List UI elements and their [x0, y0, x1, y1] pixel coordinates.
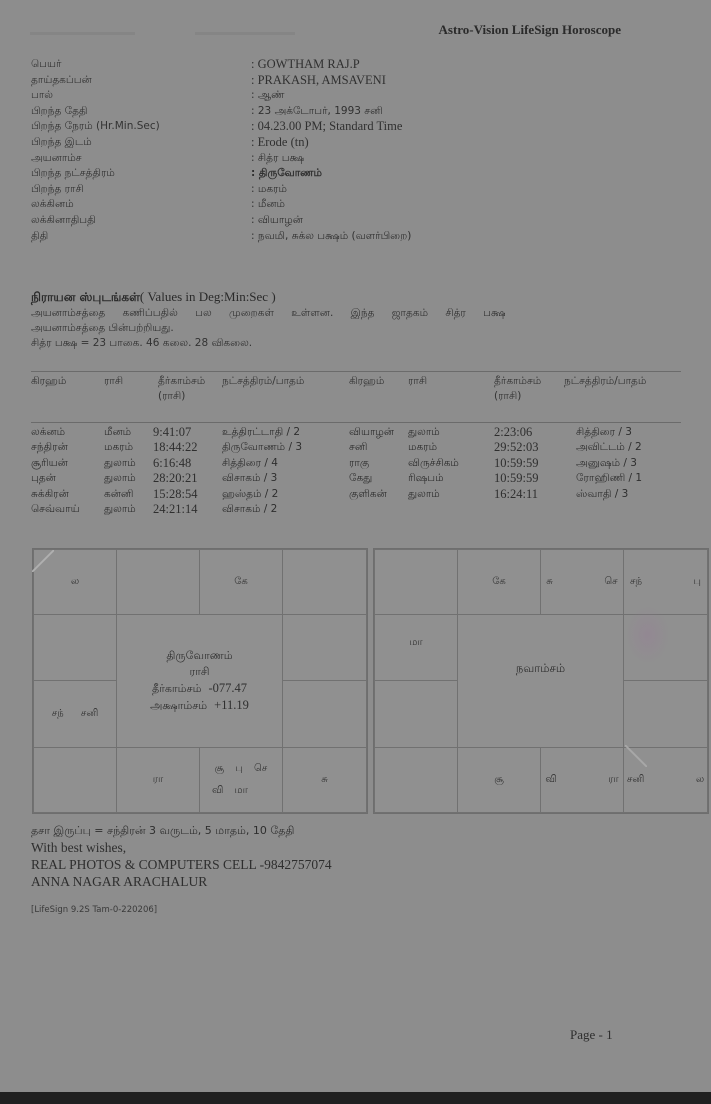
info-value: : 04.23.00 PM; Standard Time: [251, 119, 402, 135]
cell-star: உத்திரட்டாதி / 2: [222, 425, 300, 440]
info-value: : Erode (tn): [251, 135, 309, 151]
cell-deg: 18:44:22: [153, 440, 197, 455]
navamsa-house: [374, 747, 458, 813]
cell-rasi: மகரம்: [408, 440, 437, 455]
rasi-house: [33, 747, 117, 813]
cell-star: திருவோணம் / 3: [222, 440, 302, 455]
cell-rasi: விருச்சிகம்: [408, 456, 459, 471]
table-row: சந்திரன்சனிமகரம்மகரம்18:44:2229:52:03திர…: [31, 440, 691, 455]
center-title: நவாம்சம்: [516, 660, 565, 676]
info-value: : 23 அக்டோபர், 1993 சனி: [251, 104, 383, 120]
rasi-house: [282, 680, 367, 748]
info-row: பெயர்: GOWTHAM RAJ.P: [31, 57, 511, 73]
house-planets: வி மா: [212, 780, 248, 802]
cell-deg: 24:21:14: [153, 502, 197, 517]
cell-planet: சூரியன்: [31, 456, 68, 471]
ayanamsa-value: சித்ர பக்ஷ = 23 பாகை. 46 கலை. 28 விகலை.: [31, 336, 681, 351]
chart-corner-mark: [625, 745, 647, 767]
header-longitude: தீர்காம்சம்: [158, 374, 205, 389]
center-title: ராசி: [189, 664, 209, 680]
cell-rasi: துலாம்: [104, 456, 136, 471]
cell-planet: சுக்கிரன்: [31, 487, 69, 502]
house-planets: வி ரா: [545, 774, 618, 786]
table-row: புதன்கேதுதுலாம்ரிஷபம்28:20:2110:59:59விச…: [31, 471, 691, 486]
divider: [31, 371, 681, 372]
rasi-house: கே: [199, 549, 283, 615]
longitude-line: தீர்காம்சம் -077.47: [152, 680, 247, 697]
info-row: லக்கினாதிபதி: வியாழன்: [31, 213, 511, 229]
ayanamsa-note-2: அயனாம்சத்தை பின்பற்றியது.: [31, 321, 681, 336]
page-title: Astro-Vision LifeSign Horoscope: [439, 22, 622, 38]
wishes-text: With best wishes,: [31, 839, 332, 856]
info-row: லக்கினம்: மீனம்: [31, 197, 511, 213]
cell-star: ரோஹிணி / 1: [576, 471, 642, 486]
info-row: பிறந்த நட்சத்திரம்: திருவோணம்: [31, 166, 511, 182]
cell-planet: குளிகன்: [349, 487, 387, 502]
info-value: : நவமி, சுக்ல பக்ஷம் (வளர்பிறை): [251, 229, 411, 245]
rasi-house: [282, 549, 367, 615]
info-label: பெயர்: [31, 57, 251, 73]
cell-rasi: மீனம்: [104, 425, 131, 440]
chart-corner-mark: [32, 550, 54, 572]
divider: [31, 422, 681, 423]
info-row: பால்: ஆண்: [31, 88, 511, 104]
table-row: லக்னம்வியாழன்மீனம்துலாம்9:41:072:23:06உத…: [31, 425, 691, 440]
rasi-chart: ல கே சந் சனி ரா சூ பு செ வி மா சு திருவோ…: [32, 548, 368, 814]
header-longitude-2: தீர்காம்சம்: [494, 374, 541, 389]
navamsa-house: [374, 680, 458, 748]
rasi-house: சூ பு செ வி மா: [199, 747, 283, 813]
rasi-house: [282, 614, 367, 681]
info-label: தாய்தகப்பன்: [31, 73, 251, 89]
navamsa-house: [374, 549, 458, 615]
info-value: : GOWTHAM RAJ.P: [251, 57, 360, 73]
info-label: லக்கினாதிபதி: [31, 213, 251, 229]
header-rasi-2: ராசி: [408, 374, 427, 389]
table-row: சுக்கிரன்குளிகன்கன்னிதுலாம்15:28:5416:24…: [31, 487, 691, 502]
cell-planet: கேது: [349, 471, 372, 486]
ayanamsa-note: அயனாம்சத்தை கணிப்பதில் பல முறைகள் உள்ளன.…: [31, 306, 681, 321]
nirayana-title: நிராயன ஸ்புடங்கள்( Values in Deg:Min:Sec…: [31, 289, 681, 306]
house-planets: சூ பு செ: [215, 758, 268, 780]
rasi-house: [33, 614, 117, 681]
table-row: செவ்வாய்துலாம்24:21:14விசாகம் / 2: [31, 502, 691, 517]
cell-star: விசாகம் / 2: [222, 502, 277, 517]
info-label: பிறந்த இடம்: [31, 135, 251, 151]
cell-star: ஹஸ்தம் / 2: [222, 487, 278, 502]
house-planets: ரா: [153, 774, 163, 786]
info-value: : மகரம்: [251, 182, 287, 198]
faint-line: [195, 32, 295, 35]
header-planet-2: கிரஹம்: [349, 374, 384, 389]
nirayana-title-en: ( Values in Deg:Min:Sec ): [140, 289, 276, 304]
info-value: : வியாழன்: [251, 213, 303, 229]
cell-star: ஸ்வாதி / 3: [576, 487, 628, 502]
center-star: திருவோணம்: [166, 648, 232, 664]
header-star-2: நட்சத்திரம்/பாதம்: [564, 374, 646, 389]
header-longitude-sub-2: (ராசி): [494, 389, 521, 404]
house-planets: சு: [321, 774, 328, 786]
navamsa-house: மா: [374, 614, 458, 681]
info-row: பிறந்த தேதி: 23 அக்டோபர், 1993 சனி: [31, 104, 511, 120]
cell-deg: 2:23:06: [494, 425, 532, 440]
info-row: பிறந்த இடம்: Erode (tn): [31, 135, 511, 151]
navamsa-house: சூ: [457, 747, 541, 813]
nirayana-title-ta: நிராயன ஸ்புடங்கள்: [31, 290, 140, 304]
personal-info: பெயர்: GOWTHAM RAJ.Pதாய்தகப்பன்: PRAKASH…: [31, 57, 511, 244]
cell-deg: 29:52:03: [494, 440, 538, 455]
cell-planet: சந்திரன்: [31, 440, 68, 455]
cell-star: சித்திரை / 4: [222, 456, 278, 471]
horoscope-page: Astro-Vision LifeSign Horoscope பெயர்: G…: [0, 0, 711, 1090]
header-longitude-sub: (ராசி): [158, 389, 185, 404]
house-planets: சு செ: [546, 576, 617, 588]
info-row: தாய்தகப்பன்: PRAKASH, AMSAVENI: [31, 73, 511, 89]
cell-rasi: கன்னி: [104, 487, 133, 502]
cell-star: அவிட்டம் / 2: [576, 440, 642, 455]
latitude-line: அக்ஷாம்சம் +11.19: [150, 697, 249, 714]
longitude-value: -077.47: [208, 681, 247, 695]
latitude-label: அக்ஷாம்சம்: [150, 699, 207, 712]
navamsa-house: வி ரா: [540, 747, 624, 813]
cell-star: சித்திரை / 3: [576, 425, 632, 440]
planet-table: லக்னம்வியாழன்மீனம்துலாம்9:41:072:23:06உத…: [31, 425, 691, 517]
bottom-bar: [0, 1092, 711, 1104]
rasi-house: சு: [282, 747, 367, 813]
info-value: : ஆண்: [251, 88, 285, 104]
info-label: லக்கினம்: [31, 197, 251, 213]
info-label: அயனாம்ச: [31, 151, 251, 167]
cell-deg: 15:28:54: [153, 487, 197, 502]
header-star: நட்சத்திரம்/பாதம்: [222, 374, 304, 389]
house-planets: கே: [492, 576, 506, 588]
info-row: பிறந்த ராசி: மகரம்: [31, 182, 511, 198]
info-value: : மீனம்: [251, 197, 285, 213]
navamsa-house: சு செ: [540, 549, 624, 615]
info-row: பிறந்த நேரம் (Hr.Min.Sec): 04.23.00 PM; …: [31, 119, 511, 135]
house-planets: சந் பு: [630, 576, 701, 588]
cell-deg: 10:59:59: [494, 456, 538, 471]
rasi-house: ரா: [116, 747, 200, 813]
cell-rasi: மகரம்: [104, 440, 133, 455]
cell-planet: புதன்: [31, 471, 56, 486]
rasi-center: திருவோணம் ராசி தீர்காம்சம் -077.47 அக்ஷா…: [116, 614, 283, 748]
cell-planet: சனி: [349, 440, 367, 455]
info-label: பால்: [31, 88, 251, 104]
navamsa-chart: கே சு செ சந் பு மா சூ வி ரா சனி ல நவாம்ச…: [373, 548, 709, 814]
paper-stain: [625, 605, 670, 665]
cell-rasi: துலாம்: [104, 471, 136, 486]
software-version: [LifeSign 9.2S Tam-0-220206]: [31, 905, 157, 915]
info-row: திதி: நவமி, சுக்ல பக்ஷம் (வளர்பிறை): [31, 229, 511, 245]
cell-deg: 6:16:48: [153, 456, 191, 471]
info-label: பிறந்த தேதி: [31, 104, 251, 120]
footer: தசா இருப்பு = சந்திரன் 3 வருடம், 5 மாதம்…: [31, 822, 332, 890]
house-planets: ல: [71, 576, 79, 588]
cell-rasi: துலாம்: [408, 425, 440, 440]
cell-planet: ராகு: [349, 456, 369, 471]
info-value: : திருவோணம்: [251, 166, 322, 182]
info-label: பிறந்த நட்சத்திரம்: [31, 166, 251, 182]
cell-planet: வியாழன்: [349, 425, 394, 440]
cell-deg: 16:24:11: [494, 487, 538, 502]
longitude-label: தீர்காம்சம்: [152, 682, 202, 695]
navamsa-house: [623, 680, 708, 748]
rasi-house: சந் சனி: [33, 680, 117, 748]
navamsa-house: கே: [457, 549, 541, 615]
info-value: : PRAKASH, AMSAVENI: [251, 73, 386, 89]
cell-rasi: ரிஷபம்: [408, 471, 444, 486]
house-planets: சந் சனி: [52, 708, 99, 720]
info-row: அயனாம்ச: சித்ர பக்ஷ: [31, 151, 511, 167]
rasi-house: [116, 549, 200, 615]
shop-address: ANNA NAGAR ARACHALUR: [31, 873, 332, 890]
navamsa-center: நவாம்சம்: [457, 614, 624, 748]
navamsa-house: சந் பு: [623, 549, 708, 615]
header-planet: கிரஹம்: [31, 374, 66, 389]
info-label: திதி: [31, 229, 251, 245]
cell-star: அனுஷம் / 3: [576, 456, 637, 471]
page-number: Page - 1: [570, 1027, 613, 1043]
info-label: பிறந்த நேரம் (Hr.Min.Sec): [31, 119, 251, 135]
house-planets: சூ: [494, 774, 504, 786]
latitude-value: +11.19: [214, 698, 249, 712]
table-row: சூரியன்ராகுதுலாம்விருச்சிகம்6:16:4810:59…: [31, 456, 691, 471]
cell-deg: 9:41:07: [153, 425, 191, 440]
house-planets: மா: [409, 637, 422, 649]
nirayana-section: நிராயன ஸ்புடங்கள்( Values in Deg:Min:Sec…: [31, 289, 681, 351]
header-rasi: ராசி: [104, 374, 123, 389]
cell-planet: செவ்வாய்: [31, 502, 80, 517]
house-planets: சனி ல: [627, 774, 704, 786]
house-planets: கே: [234, 576, 248, 588]
dasa-balance: தசா இருப்பு = சந்திரன் 3 வருடம், 5 மாதம்…: [31, 822, 332, 839]
faint-line: [30, 32, 135, 35]
cell-planet: லக்னம்: [31, 425, 65, 440]
info-label: பிறந்த ராசி: [31, 182, 251, 198]
cell-rasi: துலாம்: [408, 487, 440, 502]
cell-deg: 28:20:21: [153, 471, 197, 486]
info-value: : சித்ர பக்ஷ: [251, 151, 304, 167]
cell-deg: 10:59:59: [494, 471, 538, 486]
cell-star: விசாகம் / 3: [222, 471, 277, 486]
shop-contact: REAL PHOTOS & COMPUTERS CELL -9842757074: [31, 856, 332, 873]
cell-rasi: துலாம்: [104, 502, 136, 517]
